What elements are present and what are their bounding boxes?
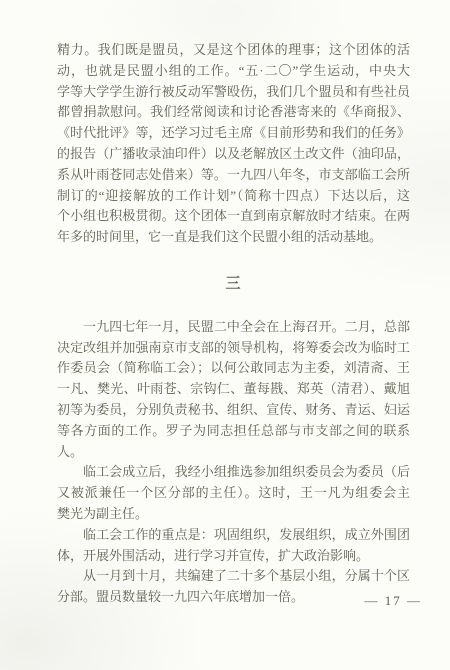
text-line: 精力。我们既是盟员，又是这个团体的理事；这个团体的活 [57, 40, 410, 61]
text-line: 体，开展外围活动，进行学习并宣传，扩大政治影响。 [57, 546, 410, 567]
text-line: 动，也就是民盟小组的工作。“五·二〇”学生运动，中央大 [57, 61, 410, 82]
section-heading: 三 [57, 274, 410, 295]
paragraph: 临工会成立后，我经小组推选参加组织委员会为委员（后又被派兼任一个区分部的主任）。… [57, 462, 410, 524]
paragraph: 一九四七年一月，民盟二中全会在上海召开。二月，总部决定改组并加强南京市支部的领导… [57, 317, 410, 463]
paragraph: 从一月到十月，共编建了二十多个基层小组，分属十个区分部。盟员数量较一九四六年底增… [57, 566, 410, 608]
text-line: 系从叶雨苍同志处借来）等。一九四八年冬，市支部临工会所 [57, 165, 410, 186]
text-line: 都曾捐款慰问。我们经常阅读和讨论香港寄来的《华商报》、 [57, 102, 410, 123]
text-line: 临工会成立后，我经小组推选参加组织委员会为委员（后 [57, 462, 410, 483]
text-line: 制订的“迎接解放的工作计划”（简称十四点）下达以后，这 [57, 186, 410, 207]
text-line: 学等大学学生游行被反动军警殴伤，我们几个盟员和有些社员 [57, 82, 410, 103]
paragraph-continuation: 精力。我们既是盟员，又是这个团体的理事；这个团体的活动，也就是民盟小组的工作。“… [57, 40, 410, 248]
text-line: 个小组也积极贯彻。这个团体一直到南京解放时才结束。在两 [57, 206, 410, 227]
text-line: 又被派兼任一个区分部的主任）。这时，王一凡为组委会主任， [57, 483, 410, 504]
text-line: 临工会工作的重点是：巩固组织，发展组织，成立外围团 [57, 525, 410, 546]
text-line: 初等为委员，分别负责秘书、组织、宣传、财务、青运、妇运 [57, 400, 410, 421]
text-line: 《时代批评》等，还学习过毛主席《目前形势和我们的任务》 [57, 123, 410, 144]
document-page: 精力。我们既是盟员，又是这个团体的理事；这个团体的活动，也就是民盟小组的工作。“… [0, 0, 450, 670]
text-line: 从一月到十月，共编建了二十多个基层小组，分属十个区 [57, 566, 410, 587]
text-line: 的报告（广播收录油印件）以及老解放区土改文件（油印品， [57, 144, 410, 165]
text-line: 分部。盟员数量较一九四六年底增加一倍。 [57, 587, 410, 608]
page-content: 精力。我们既是盟员，又是这个团体的理事；这个团体的活动，也就是民盟小组的工作。“… [0, 0, 450, 608]
text-line: 年多的时间里，它一直是我们这个民盟小组的活动基地。 [57, 227, 410, 248]
text-line: 樊光为副主任。 [57, 504, 410, 525]
text-line: 决定改组并加强南京市支部的领导机构，将筹委会改为临时工 [57, 338, 410, 359]
text-line: 一凡、樊光、叶雨苍、宗钩仁、董每戡、郑英（清君）、戴旭 [57, 379, 410, 400]
text-line: 人。 [57, 442, 410, 463]
text-line: 作委员会（简称临工会）；以何公敢同志为主委，刘清斋、王 [57, 358, 410, 379]
paragraph: 临工会工作的重点是：巩固组织，发展组织，成立外围团体，开展外围活动，进行学习并宣… [57, 525, 410, 567]
text-line: 一九四七年一月，民盟二中全会在上海召开。二月，总部 [57, 317, 410, 338]
page-number: — 17 — [365, 593, 423, 609]
text-line: 等各方面的工作。罗子为同志担任总部与市支部之间的联系 [57, 421, 410, 442]
